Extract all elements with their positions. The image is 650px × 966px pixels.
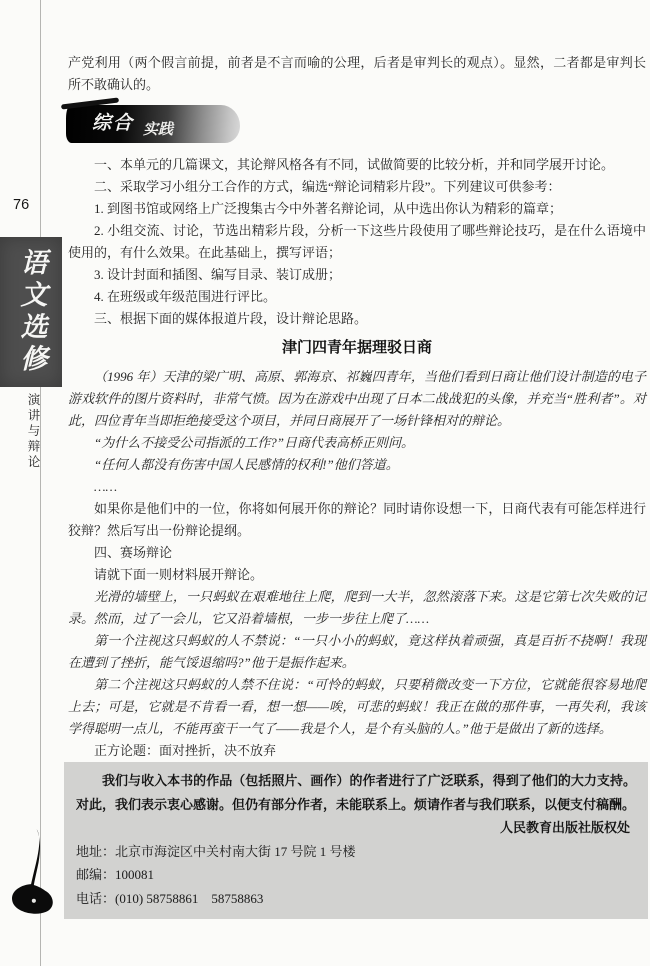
practice-item: 三、根据下面的媒体报道片段，设计辩论思路。 [68,308,646,330]
notice-address: 地址：北京市海淀区中关村南大街 17 号院 1 号楼 [76,840,636,864]
practice-item: 二、采取学习小组分工合作的方式，编选“辩论词精彩片段”。下列建议可供参考： [68,176,646,198]
material-paragraph: 光滑的墙壁上，一只蚂蚁在艰难地往上爬，爬到一大半，忽然滚落下来。这是它第七次失败… [68,586,646,630]
notice-postcode: 邮编：100081 [76,863,636,887]
continued-paragraph: 产党利用（两个假言前提，前者是不言而喻的公理，后者是审判长的观点）。显然，二者都… [68,52,646,96]
practice-item: 2. 小组交流、讨论，节选出精彩片段，分析一下这些片段使用了哪些辩论技巧，是在什… [68,220,646,264]
banner-title-sub: 实践 [143,119,173,141]
instruction-paragraph: 如果你是他们中的一位，你将如何展开你的辩论？同时请你设想一下，日商代表有可能怎样… [68,498,646,542]
section-banner: 综合 实践 [66,105,240,143]
notice-signer: 人民教育出版社版权处 [76,816,636,840]
sidebar-book-title-block: 语文选修 [0,237,62,387]
practice-items: 一、本单元的几篇课文，其论辩风格各有不同，试做简要的比较分析，并和同学展开讨论。… [68,154,646,330]
practice-item: 3. 设计封面和插图、编写目录、装订成册； [68,264,646,286]
article-title: 津门四青年据理驳日商 [68,337,646,359]
practice-item: 4. 在班级或年级范围进行评比。 [68,286,646,308]
sidebar-series-subtitle: 演讲与辩论 [24,393,42,471]
article-paragraph: （1996 年）天津的梁广明、高原、郭海京、祁巍四青年，当他们看到日商让他们设计… [68,366,646,432]
article-paragraph: …… [68,476,646,498]
spine-divider-line [40,0,41,966]
bridge-paragraphs: 如果你是他们中的一位，你将如何展开你的辩论？同时请你设想一下，日商代表有可能怎样… [68,498,646,586]
banner-title-main: 综合 [92,113,134,135]
debate-topic: 正方论题：面对挫折，决不放弃 [68,740,646,762]
material-paragraph: 第二个注视这只蚂蚁的人禁不住说：“可怜的蚂蚁，只要稍微改变一下方位，它就能很容易… [68,674,646,740]
instruction-paragraph: 四、赛场辩论 [68,542,646,564]
book-title-vertical: 语文选修 [18,248,45,376]
instruction-paragraph: 请就下面一则材料展开辩论。 [68,564,646,586]
article-paragraph: “任何人都没有伤害中国人民感情的权利!”他们答道。 [68,454,646,476]
material-paragraph: 第一个注视这只蚂蚁的人不禁说：“一只小小的蚂蚁，竟这样执着顽强，真是百折不挠啊！… [68,630,646,674]
publisher-notice-box: 我们与收入本书的作品（包括照片、画作）的作者进行了广泛联系，得到了他们的大力支持… [64,762,648,919]
article-body: （1996 年）天津的梁广明、高原、郭海京、祁巍四青年，当他们看到日商让他们设计… [68,366,646,498]
material-paragraphs: 光滑的墙壁上，一只蚂蚁在艰难地往上爬，爬到一大半，忽然滚落下来。这是它第七次失败… [68,586,646,740]
page-content: 产党利用（两个假言前提，前者是不言而喻的公理，后者是审判长的观点）。显然，二者都… [68,52,646,784]
practice-item: 1. 到图书馆或网络上广泛搜集古今中外著名辩论词，从中选出你认为精彩的篇章； [68,198,646,220]
article-paragraph: “为什么不接受公司指派的工作?”日商代表高桥正则问。 [68,432,646,454]
book-page: 76 语文选修 演讲与辩论 产党利用（两个假言前提，前者是不言而喻的公理，后者是… [0,0,650,966]
notice-paragraph: 我们与收入本书的作品（包括照片、画作）的作者进行了广泛联系，得到了他们的大力支持… [76,769,636,816]
calligraphy-ink-mark-icon [6,826,58,918]
notice-phone: 电话：(010) 58758861 58758863 [76,887,636,911]
practice-item: 一、本单元的几篇课文，其论辩风格各有不同，试做简要的比较分析，并和同学展开讨论。 [68,154,646,176]
page-number: 76 [13,197,29,213]
